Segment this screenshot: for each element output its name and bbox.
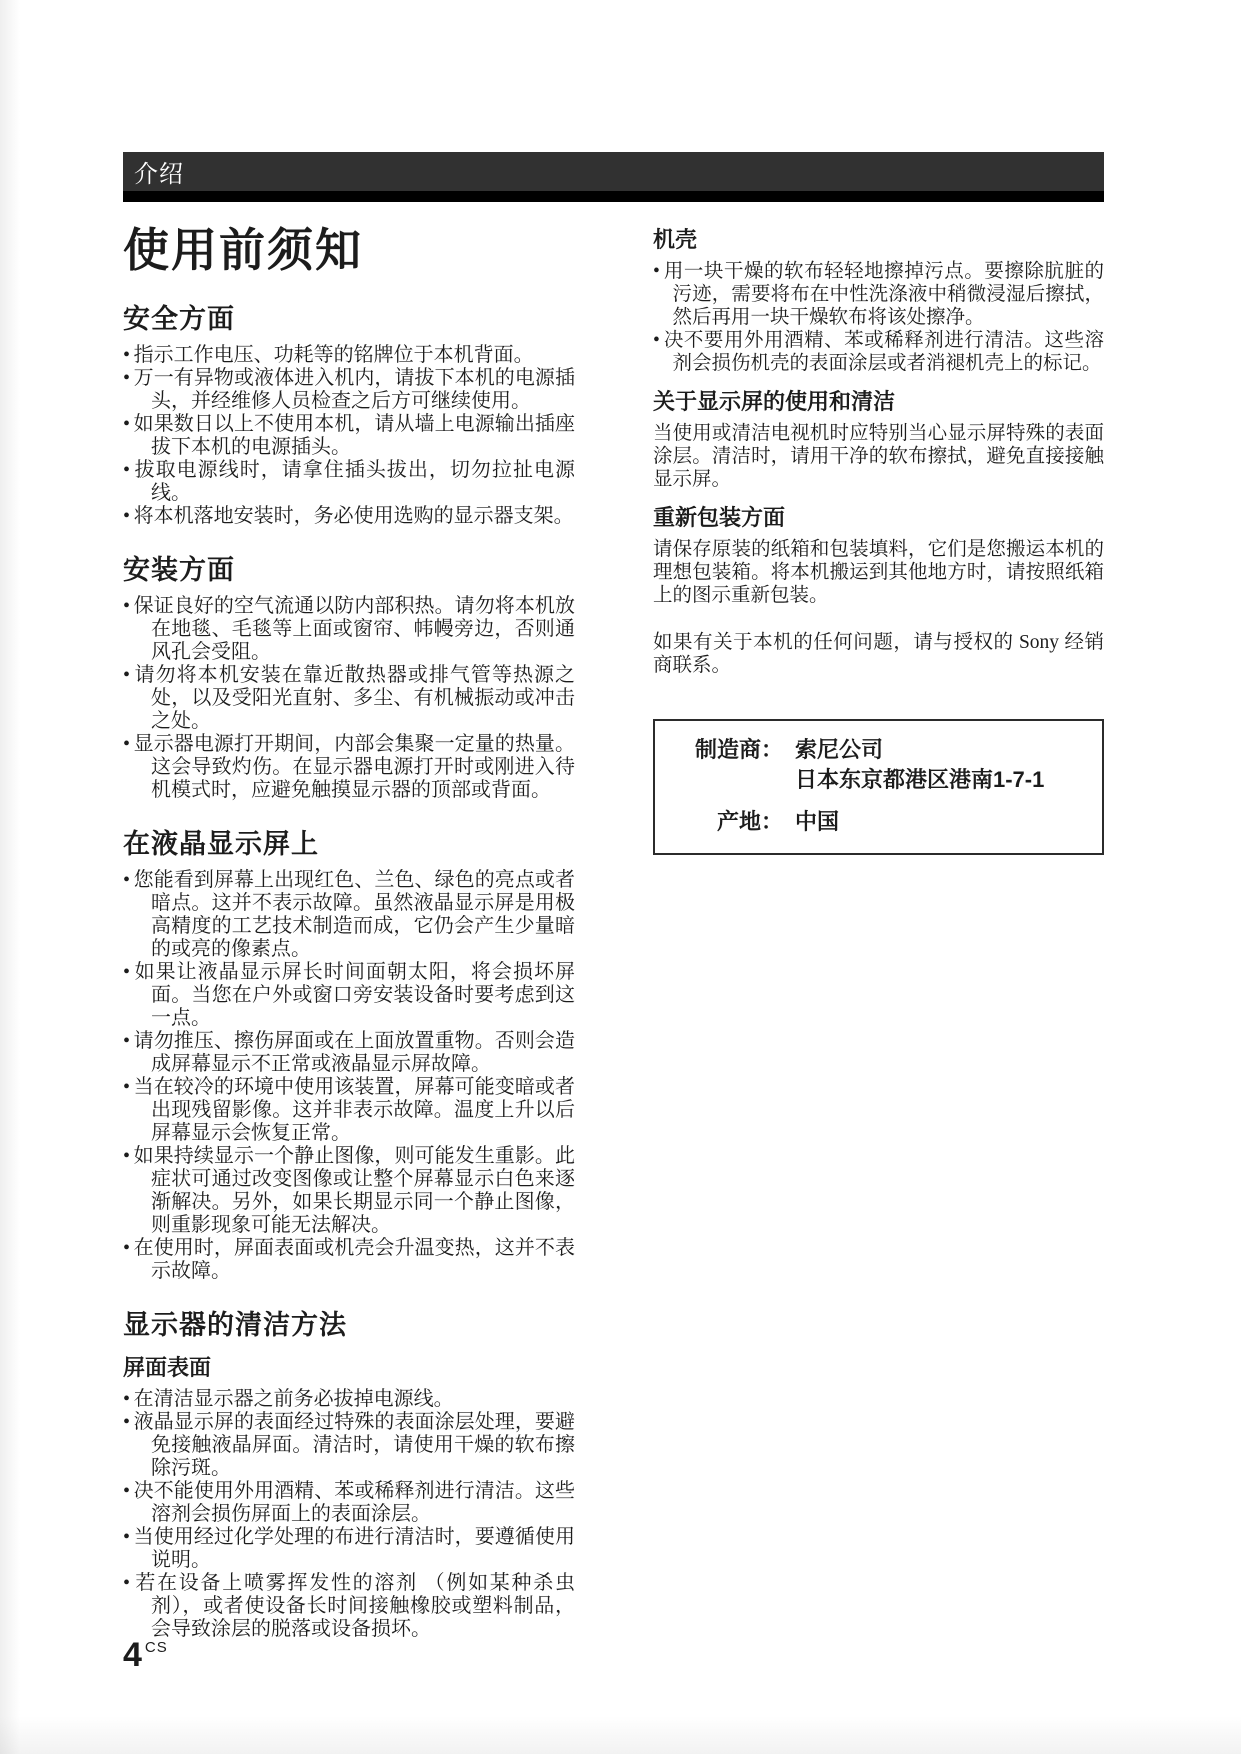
left-column: 使用前须知 安全方面 指示工作电压、功耗等的铭牌位于本机背面。 万一有异物或液体… — [123, 213, 575, 1641]
paragraph-screen-care: 当使用或清洁电视机时应特别当心显示屏特殊的表面涂层。清洁时，请用干净的软布擦拭，… — [653, 422, 1104, 491]
right-column: 机壳 用一块干燥的软布轻轻地擦掉污点。要擦除肮脏的污迹，需要将布在中性洗涤液中稍… — [653, 213, 1104, 855]
bullet-item: 当使用经过化学处理的布进行清洁时，要遵循使用说明。 — [123, 1526, 575, 1572]
paragraph-repacking: 请保存原装的纸箱和包装填料，它们是您搬运本机的理想包装箱。将本机搬运到其他地方时… — [653, 538, 1104, 607]
section-heading-safety: 安全方面 — [123, 303, 575, 335]
page-title: 使用前须知 — [123, 223, 575, 277]
bullet-item: 如果数日以上不使用本机，请从墙上电源输出插座拔下本机的电源插头。 — [123, 413, 575, 459]
bullet-item: 您能看到屏幕上出现红色、兰色、绿色的亮点或者暗点。这并不表示故障。虽然液晶显示屏… — [123, 869, 575, 961]
bullet-item: 指示工作电压、功耗等的铭牌位于本机背面。 — [123, 344, 575, 367]
scan-edge-bottom — [0, 1716, 1241, 1754]
bullet-item: 保证良好的空气流通以防内部积热。请勿将本机放在地毯、毛毯等上面或窗帘、帏幔旁边，… — [123, 595, 575, 664]
subsection-heading-screen-care: 关于显示屏的使用和清洁 — [653, 389, 1104, 415]
origin-value: 中国 — [795, 807, 1088, 837]
manufacturer-address-row: 日本东京都港区港南1-7-1 — [687, 765, 1088, 795]
manufacturer-label: 制造商： — [687, 735, 783, 765]
content-columns: 使用前须知 安全方面 指示工作电压、功耗等的铭牌位于本机背面。 万一有异物或液体… — [123, 213, 1104, 1641]
bullet-item: 将本机落地安装时，务必使用选购的显示器支架。 — [123, 505, 575, 528]
manufacturer-address-spacer — [687, 765, 783, 795]
subsection-heading-screen-surface: 屏面表面 — [123, 1355, 575, 1381]
chapter-header-bar: 介绍 — [123, 152, 1104, 202]
origin-row: 产地： 中国 — [687, 807, 1088, 837]
bullet-item: 当在较冷的环境中使用该装置，屏幕可能变暗或者出现残留影像。这并非表示故障。温度上… — [123, 1076, 575, 1145]
manual-page: 介绍 使用前须知 安全方面 指示工作电压、功耗等的铭牌位于本机背面。 万一有异物… — [0, 0, 1241, 1754]
manufacturer-info-box: 制造商： 索尼公司 日本东京都港区港南1-7-1 产地： 中国 — [653, 719, 1104, 855]
section-heading-lcd: 在液晶显示屏上 — [123, 828, 575, 860]
manufacturer-address: 日本东京都港区港南1-7-1 — [795, 765, 1088, 795]
manufacturer-row: 制造商： 索尼公司 — [687, 735, 1088, 765]
bullet-item: 决不能使用外用酒精、苯或稀释剂进行清洁。这些溶剂会损伤屏面上的表面涂层。 — [123, 1480, 575, 1526]
scan-edge-left — [0, 0, 20, 1754]
section-heading-cleaning: 显示器的清洁方法 — [123, 1309, 575, 1341]
bullet-item: 拔取电源线时，请拿住插头拔出，切勿拉扯电源线。 — [123, 459, 575, 505]
bullet-item: 在使用时，屏面表面或机壳会升温变热，这并不表示故障。 — [123, 1237, 575, 1283]
bullet-item: 若在设备上喷雾挥发性的溶剂 （例如某种杀虫剂），或者使设备长时间接触橡胶或塑料制… — [123, 1572, 575, 1641]
bullet-item: 请勿推压、擦伤屏面或在上面放置重物。否则会造成屏幕显示不正常或液晶显示屏故障。 — [123, 1030, 575, 1076]
chapter-title: 介绍 — [123, 154, 184, 189]
bullet-item: 液晶显示屏的表面经过特殊的表面涂层处理，要避免接触液晶屏面。清洁时，请使用干燥的… — [123, 1411, 575, 1480]
bullet-item: 如果让液晶显示屏长时间面朝太阳，将会损坏屏面。当您在户外或窗口旁安装设备时要考虑… — [123, 961, 575, 1030]
language-code: CS — [142, 1639, 168, 1656]
page-number-value: 4 — [123, 1636, 142, 1674]
bullet-item: 在清洁显示器之前务必拔掉电源线。 — [123, 1388, 575, 1411]
subsection-heading-repacking: 重新包装方面 — [653, 505, 1104, 531]
section-heading-installation: 安装方面 — [123, 554, 575, 586]
paragraph-contact-dealer: 如果有关于本机的任何问题，请与授权的 Sony 经销商联系。 — [653, 631, 1104, 677]
bullet-item: 请勿将本机安装在靠近散热器或排气管等热源之处，以及受阳光直射、多尘、有机械振动或… — [123, 664, 575, 733]
manufacturer-value: 索尼公司 — [795, 735, 1088, 765]
bullet-item: 万一有异物或液体进入机内，请拔下本机的电源插头，并经维修人员检查之后方可继续使用… — [123, 367, 575, 413]
bullet-item: 决不要用外用酒精、苯或稀释剂进行清洁。这些溶剂会损伤机壳的表面涂层或者消褪机壳上… — [653, 329, 1104, 375]
bullet-item: 如果持续显示一个静止图像，则可能发生重影。此症状可通过改变图像或让整个屏幕显示白… — [123, 1145, 575, 1237]
origin-label: 产地： — [687, 807, 783, 837]
bullet-item: 显示器电源打开期间，内部会集聚一定量的热量。这会导致灼伤。在显示器电源打开时或刚… — [123, 733, 575, 802]
subsection-heading-cabinet: 机壳 — [653, 227, 1104, 253]
bullet-item: 用一块干燥的软布轻轻地擦掉污点。要擦除肮脏的污迹，需要将布在中性洗涤液中稍微浸湿… — [653, 260, 1104, 329]
page-number: 4CS — [123, 1628, 168, 1675]
